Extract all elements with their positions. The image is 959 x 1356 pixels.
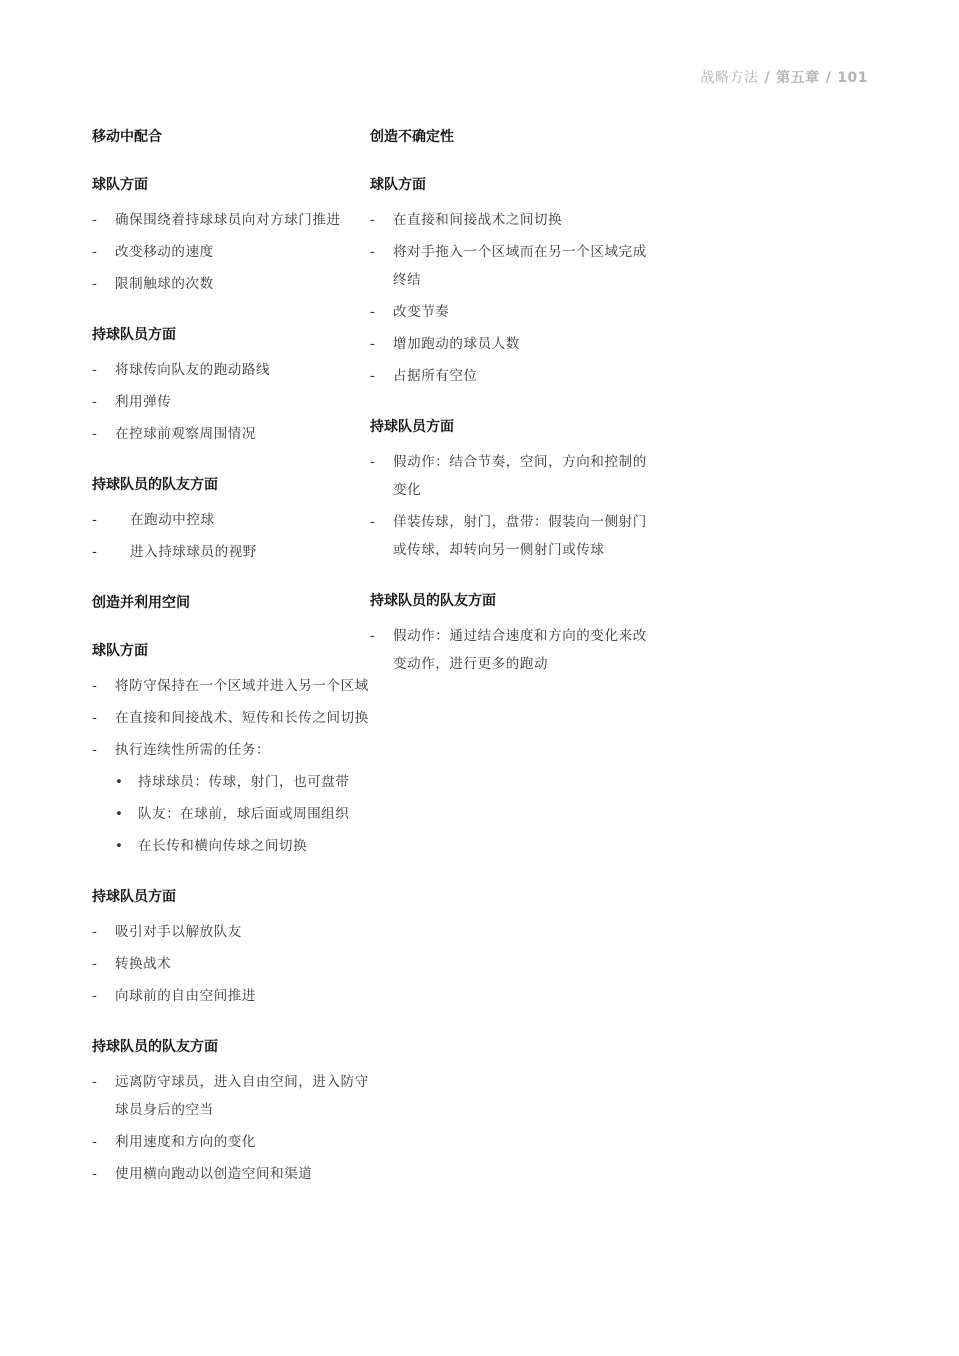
list-item: -在直接和间接战术之间切换 xyxy=(370,206,650,234)
group-heading: 球队方面 xyxy=(92,640,372,662)
list-item: -吸引对手以解放队友 xyxy=(92,918,372,946)
list-item: -占据所有空位 xyxy=(370,362,650,390)
bullet-list: -假动作：结合节奏，空间，方向和控制的变化 -佯装传球，射门，盘带：假装向一侧射… xyxy=(370,448,650,564)
sub-list-item: •持球球员：传球，射门，也可盘带 xyxy=(92,768,372,796)
bullet-list: -将防守保持在一个区域并进入另一个区域 -在直接和间接战术、短传和长传之间切换 … xyxy=(92,672,372,860)
list-item: -佯装传球，射门，盘带：假装向一侧射门或传球，却转向另一侧射门或传球 xyxy=(370,508,650,564)
group-heading: 持球队员方面 xyxy=(370,416,650,438)
list-item: -将对手拖入一个区域而在另一个区域完成终结 xyxy=(370,238,650,294)
bullet-list: -吸引对手以解放队友 -转换战术 -向球前的自由空间推进 xyxy=(92,918,372,1010)
list-item: -执行连续性所需的任务： xyxy=(92,736,372,764)
list-item: -向球前的自由空间推进 xyxy=(92,982,372,1010)
group-heading: 持球队员方面 xyxy=(92,324,372,346)
section-title: 移动中配合 xyxy=(92,126,372,148)
bullet-list: -将球传向队友的跑动路线 -利用弹传 -在控球前观察周围情况 xyxy=(92,356,372,448)
section-title: 创造不确定性 xyxy=(370,126,650,148)
separator: / xyxy=(765,70,771,86)
list-item: -远离防守球员，进入自由空间，进入防守球员身后的空当 xyxy=(92,1068,372,1124)
group-heading: 持球队员的队友方面 xyxy=(370,590,650,612)
bullet-list: -假动作：通过结合速度和方向的变化来改变动作，进行更多的跑动 xyxy=(370,622,650,678)
list-item: -限制触球的次数 xyxy=(92,270,372,298)
bullet-list: -在跑动中控球 -进入持球球员的视野 xyxy=(92,506,372,566)
header-chapter: 第五章 xyxy=(776,70,820,86)
bullet-list: -确保围绕着持球球员向对方球门推进 -改变移动的速度 -限制触球的次数 xyxy=(92,206,372,298)
list-item: -在跑动中控球 xyxy=(92,506,372,534)
list-item: -在控球前观察周围情况 xyxy=(92,420,372,448)
list-item: -改变移动的速度 xyxy=(92,238,372,266)
header-section: 战略方法 xyxy=(701,70,759,86)
left-column: 移动中配合 球队方面 -确保围绕着持球球员向对方球门推进 -改变移动的速度 -限… xyxy=(92,126,372,1214)
list-item: -转换战术 xyxy=(92,950,372,978)
list-item: -利用速度和方向的变化 xyxy=(92,1128,372,1156)
group-heading: 持球队员的队友方面 xyxy=(92,474,372,496)
group-heading: 持球队员的队友方面 xyxy=(92,1036,372,1058)
separator: / xyxy=(826,70,832,86)
list-item: -假动作：结合节奏，空间，方向和控制的变化 xyxy=(370,448,650,504)
list-item: -将防守保持在一个区域并进入另一个区域 xyxy=(92,672,372,700)
page-number: 101 xyxy=(837,70,868,86)
running-header: 战略方法/第五章/101 xyxy=(701,67,868,87)
bullet-list: -在直接和间接战术之间切换 -将对手拖入一个区域而在另一个区域完成终结 -改变节… xyxy=(370,206,650,390)
group-heading: 持球队员方面 xyxy=(92,886,372,908)
sub-list-item: •在长传和横向传球之间切换 xyxy=(92,832,372,860)
list-item: -将球传向队友的跑动路线 xyxy=(92,356,372,384)
list-item: -增加跑动的球员人数 xyxy=(370,330,650,358)
list-item: -确保围绕着持球球员向对方球门推进 xyxy=(92,206,372,234)
list-item: -在直接和间接战术、短传和长传之间切换 xyxy=(92,704,372,732)
list-item: -利用弹传 xyxy=(92,388,372,416)
bullet-list: -远离防守球员，进入自由空间，进入防守球员身后的空当 -利用速度和方向的变化 -… xyxy=(92,1068,372,1188)
list-item: -假动作：通过结合速度和方向的变化来改变动作，进行更多的跑动 xyxy=(370,622,650,678)
list-item: -使用横向跑动以创造空间和渠道 xyxy=(92,1160,372,1188)
section-title: 创造并利用空间 xyxy=(92,592,372,614)
list-item: -进入持球球员的视野 xyxy=(92,538,372,566)
group-heading: 球队方面 xyxy=(92,174,372,196)
sub-list-item: •队友：在球前，球后面或周围组织 xyxy=(92,800,372,828)
group-heading: 球队方面 xyxy=(370,174,650,196)
list-item: -改变节奏 xyxy=(370,298,650,326)
right-column: 创造不确定性 球队方面 -在直接和间接战术之间切换 -将对手拖入一个区域而在另一… xyxy=(370,126,650,704)
